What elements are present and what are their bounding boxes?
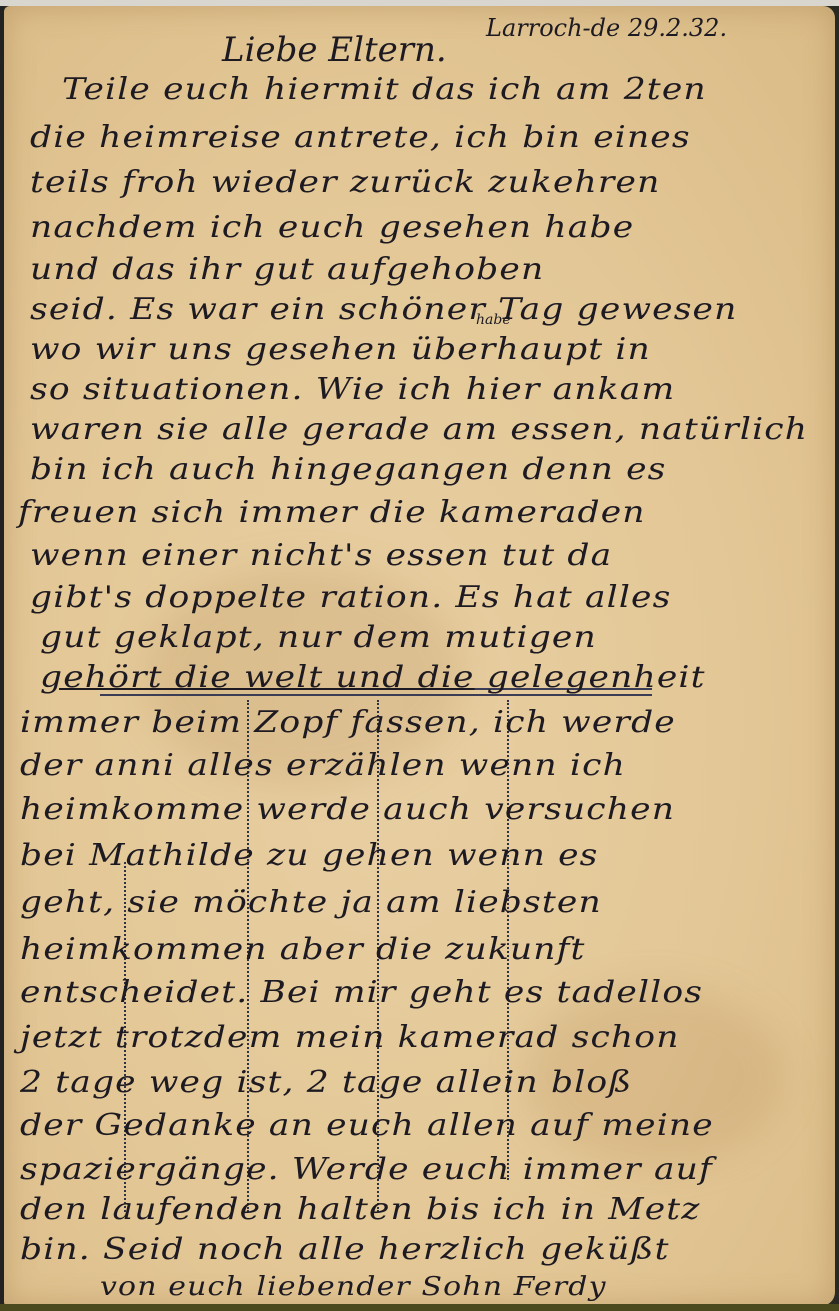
letter-line: immer beim Zopf fassen, ich werde	[20, 705, 676, 740]
letter-line: der anni alles erzählen wenn ich	[20, 748, 626, 783]
letter-line: jetzt trotzdem mein kamerad schon	[20, 1020, 680, 1055]
letter-line: gibt's doppelte ration. Es hat alles	[30, 580, 671, 615]
letter-line: freuen sich immer die kameraden	[18, 495, 646, 530]
scan-bottom-edge	[0, 1304, 839, 1311]
letter-line: geht, sie möchte ja am liebsten	[20, 885, 602, 920]
letter-line: wo wir uns gesehen überhaupt in	[30, 332, 651, 367]
letter-line: heimkomme werde auch versuchen	[20, 792, 675, 827]
letter-line: seid. Es war ein schöner Tag gewesen	[30, 292, 737, 327]
letter-line: nachdem ich euch gesehen habe	[30, 210, 634, 245]
letter-line: spaziergänge. Werde euch immer auf	[20, 1152, 713, 1187]
letter-line: teils froh wieder zurück zukehren	[30, 165, 661, 200]
letter-line: bin. Seid noch alle herzlich geküßt	[20, 1232, 670, 1267]
place-date: Larroch-de 29.2.32.	[486, 14, 727, 42]
letter-line: so situationen. Wie ich hier ankam	[30, 372, 675, 407]
letter-line: die heimreise antrete, ich bin eines	[30, 120, 691, 155]
insertion-word: habe	[476, 312, 511, 328]
letter-line: gut geklapt, nur dem mutigen	[40, 620, 597, 655]
underlined-phrase: gehört die welt und die	[40, 660, 475, 695]
signature-line: von euch liebender Sohn Ferdy	[100, 1272, 607, 1302]
letter-line: den laufenden halten bis ich in Metz	[20, 1192, 701, 1227]
letter-line: wenn einer nicht's essen tut da	[30, 538, 612, 573]
letter-line: waren sie alle gerade am essen, natürlic…	[30, 412, 808, 447]
letter-line: Teile euch hiermit das ich am 2ten	[62, 72, 707, 107]
letter-line-underlined: gehört die welt und die gelegenheit	[40, 660, 706, 695]
letter-line: bin ich auch hingegangen denn es	[30, 452, 667, 487]
letter-line: und das ihr gut aufgehoben	[30, 252, 544, 287]
letter-line: entscheidet. Bei mir geht es tadellos	[20, 975, 703, 1010]
letter-line: bei Mathilde zu gehen wenn es	[20, 838, 599, 873]
letter-line: der Gedanke an euch allen auf meine	[20, 1108, 714, 1143]
greeting: Liebe Eltern.	[222, 30, 447, 70]
letter-line: heimkommen aber die zukunft	[20, 932, 586, 967]
letter-line: 2 tage weg ist, 2 tage allein bloß	[20, 1065, 632, 1100]
